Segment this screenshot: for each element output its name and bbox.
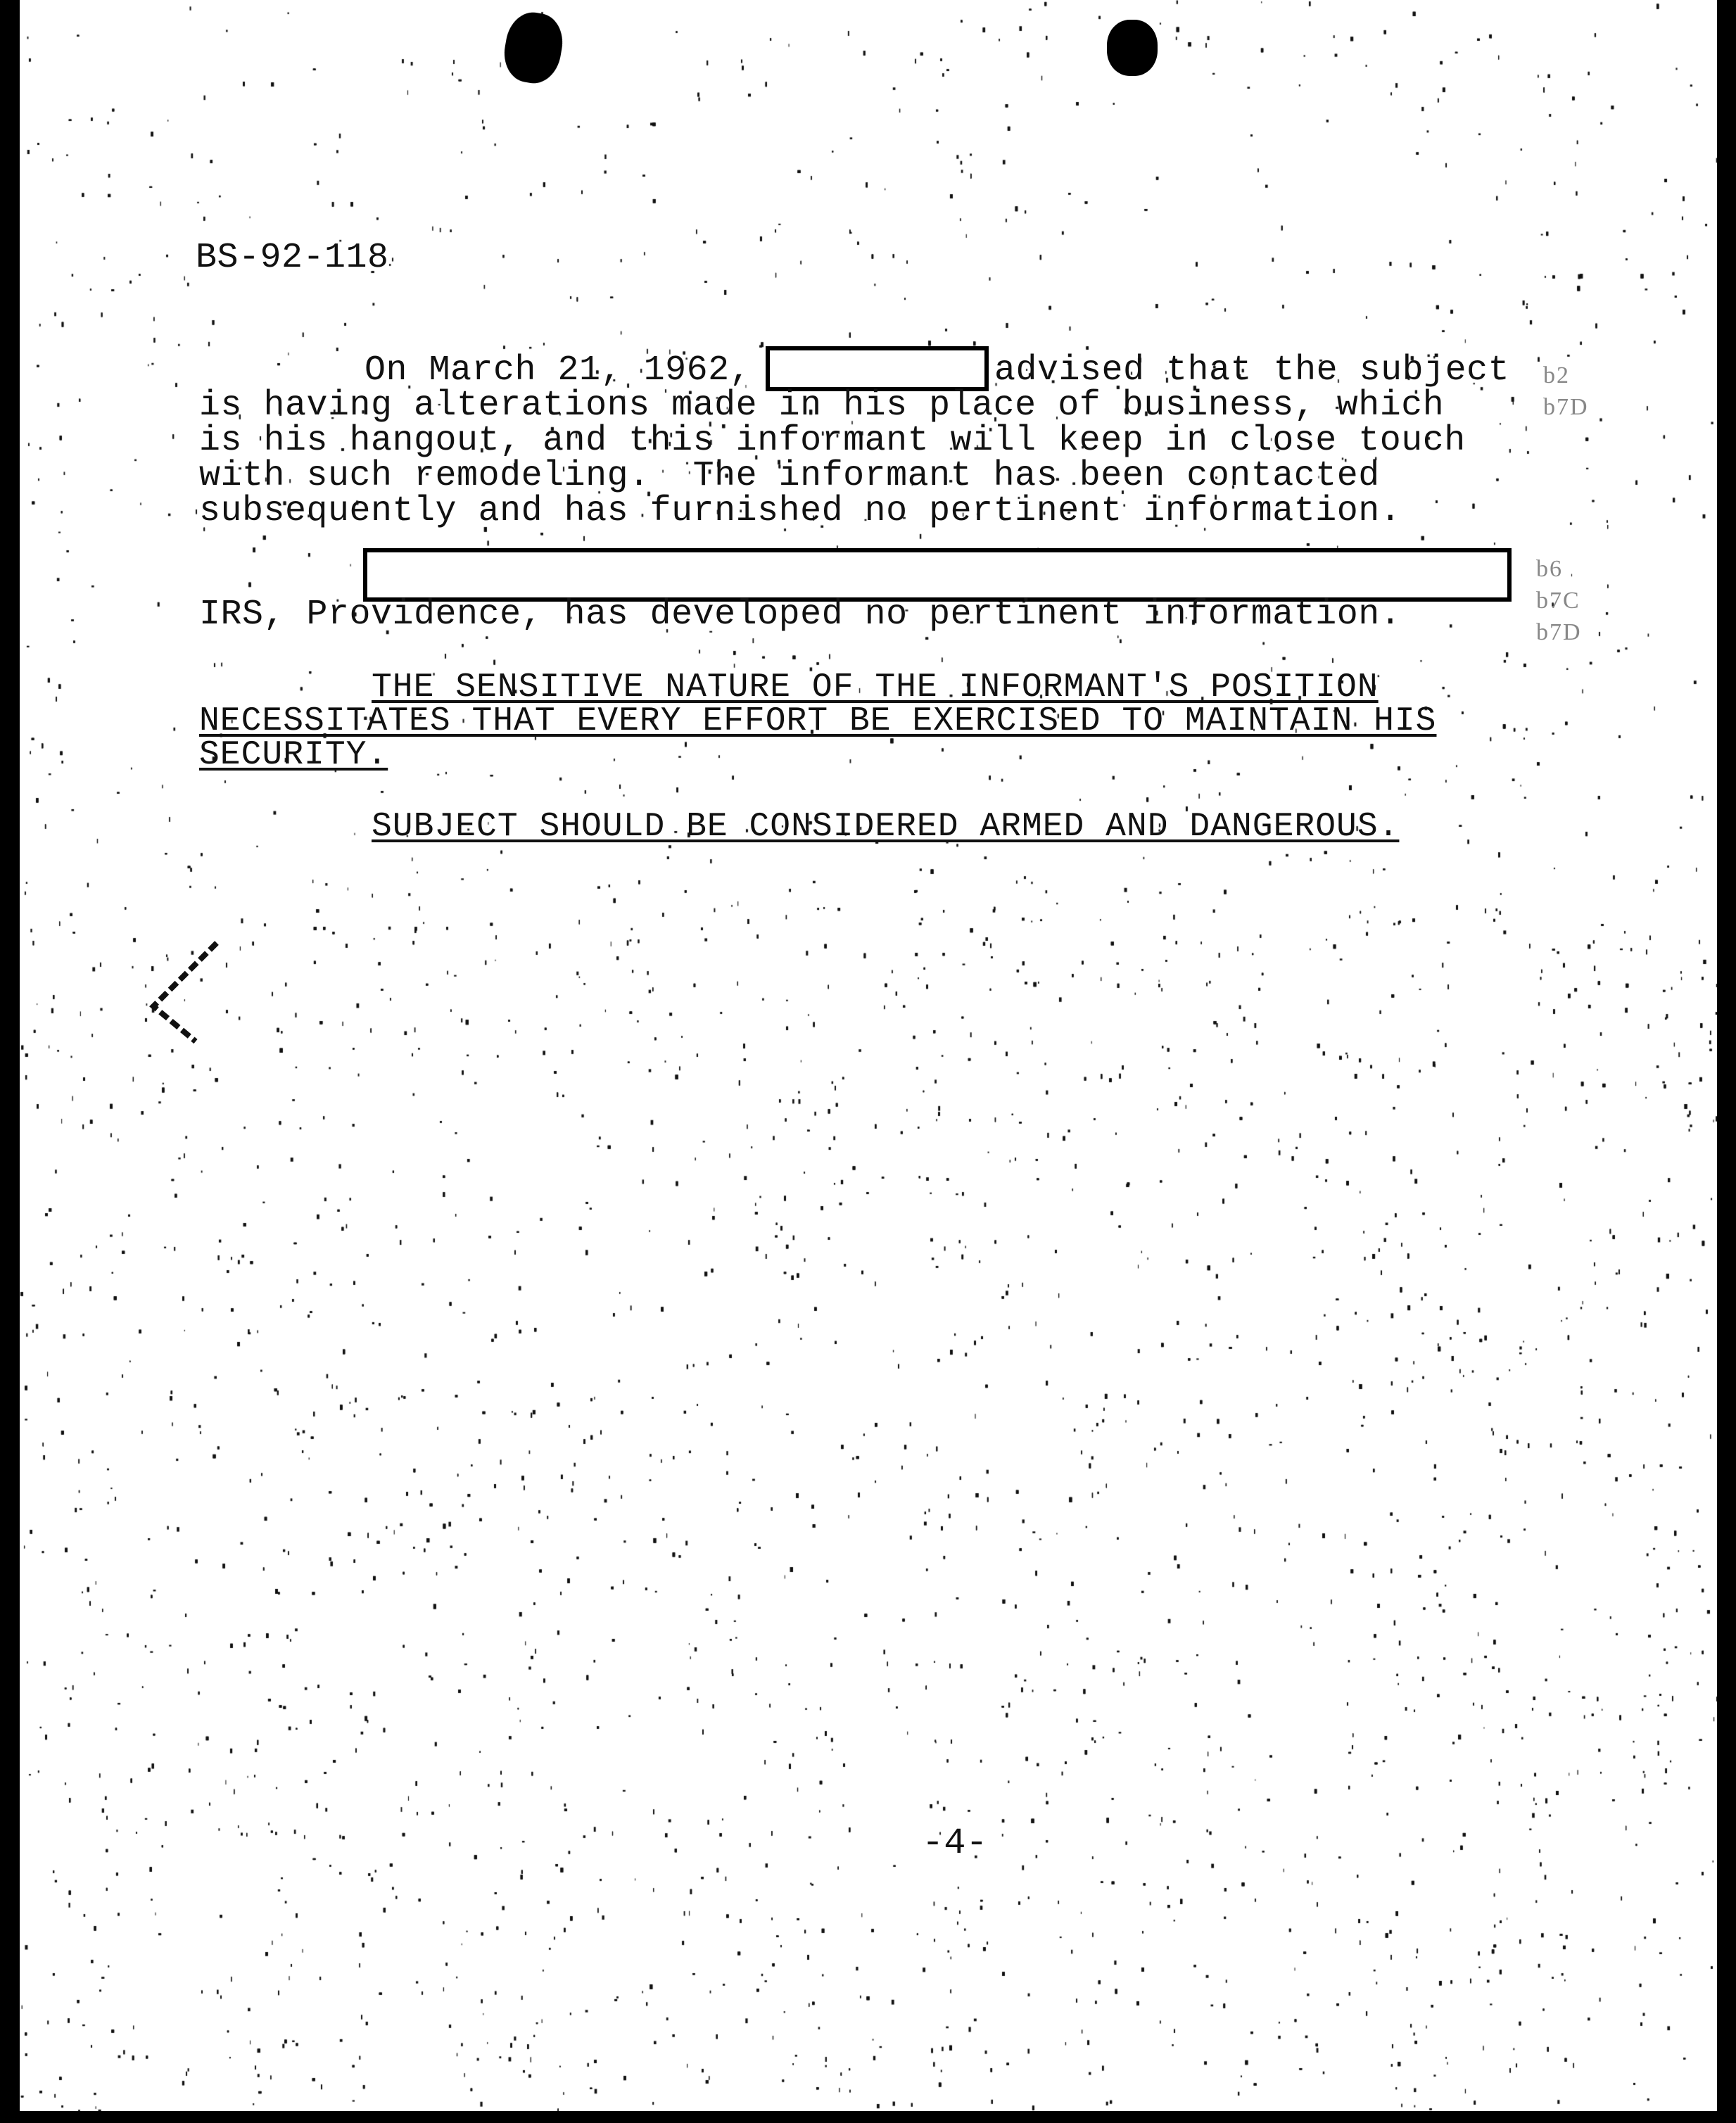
para2-line1: IRS, Providence, has developed no pertin… bbox=[199, 595, 1401, 635]
exemption-code: b7D bbox=[1536, 619, 1582, 646]
para1-line3: is his hangout, and this informant will … bbox=[199, 421, 1466, 461]
security-warning-line2: NECESSITATES THAT EVERY EFFORT BE EXERCI… bbox=[199, 702, 1436, 740]
security-warning-line1: THE SENSITIVE NATURE OF THE INFORMANT'S … bbox=[372, 668, 1379, 706]
security-warning-line3: SECURITY. bbox=[199, 736, 388, 774]
para1-line4: with such remodeling. The informant has … bbox=[199, 456, 1380, 496]
armed-dangerous-warning: SUBJECT SHOULD BE CONSIDERED ARMED AND D… bbox=[372, 808, 1399, 846]
bracket-mark bbox=[139, 936, 238, 1056]
scan-noise bbox=[20, 0, 1717, 2111]
redaction-box-informant bbox=[766, 346, 989, 391]
exemption-code: b7D bbox=[1543, 394, 1589, 421]
file-number: BS-92-118 bbox=[196, 238, 389, 278]
page-number: -4- bbox=[922, 1823, 988, 1864]
para1-line5: subsequently and has furnished no pertin… bbox=[199, 491, 1401, 531]
para1-line1-end: advised that the subject bbox=[994, 350, 1509, 391]
redaction-box-source bbox=[363, 548, 1512, 602]
exemption-code: b2 bbox=[1543, 362, 1570, 389]
exemption-code: b6 bbox=[1536, 556, 1563, 583]
para1-line1-start: On March 21, 1962, bbox=[365, 350, 751, 391]
para1-line2: is having alterations made in his place … bbox=[199, 386, 1444, 426]
punch-hole-right bbox=[1107, 20, 1158, 76]
exemption-code: b7C bbox=[1536, 588, 1580, 614]
document-page: BS-92-118 On March 21, 1962, advised tha… bbox=[20, 0, 1717, 2111]
